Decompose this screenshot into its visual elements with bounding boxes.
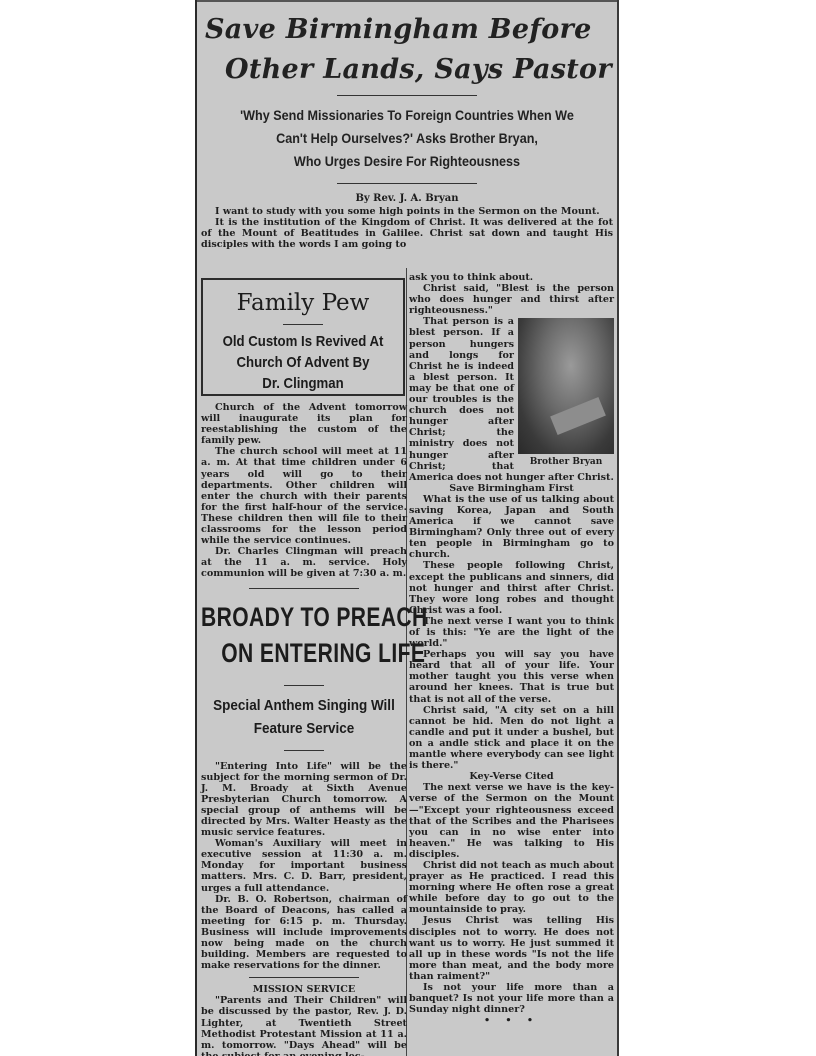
subhead-line: Special Anthem Singing Will <box>211 694 396 717</box>
body-paragraph: The church school will meet at 11 a. m. … <box>201 446 407 546</box>
body-paragraph: Is not your life more than a banquet? Is… <box>409 982 614 1015</box>
body-paragraph: Jesus Christ was telling His disciples n… <box>409 915 614 982</box>
intro-paragraph: It is the institution of the Kingdom of … <box>201 217 613 250</box>
deck-line-1: 'Why Send Missionaries To Foreign Countr… <box>218 104 596 127</box>
box-divider <box>283 324 323 325</box>
section-divider <box>249 977 359 978</box>
end-mark: • • • <box>409 1015 614 1026</box>
newspaper-clipping: Save Birmingham Before Other Lands, Says… <box>195 0 619 1056</box>
subhead-save-birmingham: Save Birmingham First <box>409 483 614 494</box>
body-paragraph: Christ did not teach as much about praye… <box>409 860 614 915</box>
body-paragraph: Christ said, "A city set on a hill canno… <box>409 705 614 772</box>
body-paragraph: ask you to think about. <box>409 272 614 283</box>
broady-divider <box>284 685 324 686</box>
body-paragraph: Dr. Charles Clingman will preach at the … <box>201 546 407 579</box>
headline-divider <box>337 95 477 96</box>
body-paragraph: These people following Christ, except th… <box>409 560 614 615</box>
subhead-key-verse: Key-Verse Cited <box>409 771 614 782</box>
section-divider <box>249 588 359 589</box>
deck-divider <box>337 183 477 184</box>
body-paragraph: Woman's Auxiliary will meet in executive… <box>201 838 407 893</box>
deck-line-3: Who Urges Desire For Righteousness <box>218 150 596 173</box>
broady-subhead: Special Anthem Singing Will Feature Serv… <box>211 694 396 740</box>
deck-headline: 'Why Send Missionaries To Foreign Countr… <box>218 104 596 173</box>
body-paragraph: "Parents and Their Children" will be dis… <box>201 995 407 1056</box>
portrait: Brother Bryan <box>518 318 614 468</box>
main-headline: Save Birmingham Before Other Lands, Says… <box>197 10 617 90</box>
right-column: ask you to think about. Christ said, "Bl… <box>409 272 614 1026</box>
subhead-line: Feature Service <box>211 717 396 740</box>
body-paragraph: Church of the Advent tomorrow will inaug… <box>201 402 407 446</box>
headline-line-2: Other Lands, Says Pastor <box>197 50 617 90</box>
body-paragraph: The next verse I want you to think of is… <box>409 616 614 649</box>
byline: By Rev. J. A. Bryan <box>197 193 617 204</box>
family-pew-subhead: Old Custom Is Revived At Church Of Adven… <box>215 331 391 394</box>
portrait-photo <box>518 318 614 454</box>
family-pew-box: Family Pew Old Custom Is Revived At Chur… <box>201 278 405 396</box>
intro-paragraph: I want to study with you some high point… <box>201 206 613 217</box>
broady-body: "Entering Into Life" will be the subject… <box>201 761 407 972</box>
body-paragraph: Perhaps you will say you have heard that… <box>409 649 614 704</box>
body-paragraph: What is the use of us talking about savi… <box>409 494 614 561</box>
top-rule <box>197 0 617 2</box>
subhead-line: Old Custom Is Revived At <box>215 331 391 352</box>
mission-section: MISSION SERVICE "Parents and Their Child… <box>201 984 407 1056</box>
broady-divider-2 <box>284 750 324 751</box>
headline-line-1: Save Birmingham Before <box>197 10 617 50</box>
left-column: Family Pew Old Custom Is Revived At Chur… <box>201 278 407 1056</box>
article-intro: I want to study with you some high point… <box>201 206 613 250</box>
body-paragraph: Dr. B. O. Robertson, chairman of the Boa… <box>201 894 407 972</box>
mission-heading: MISSION SERVICE <box>201 984 407 995</box>
broady-headline: BROADY TO PREACH ON ENTERING LIFE <box>201 599 362 671</box>
headline-line: BROADY TO PREACH <box>201 599 362 635</box>
body-paragraph: Christ said, "Blest is the person who do… <box>409 283 614 316</box>
family-pew-title: Family Pew <box>203 290 403 316</box>
subhead-line: Dr. Clingman <box>215 373 391 394</box>
family-pew-body: Church of the Advent tomorrow will inaug… <box>201 402 407 580</box>
deck-line-2: Can't Help Ourselves?' Asks Brother Brya… <box>218 127 596 150</box>
headline-line: ON ENTERING LIFE <box>201 635 362 671</box>
photo-caption: Brother Bryan <box>518 457 614 468</box>
body-paragraph: "Entering Into Life" will be the subject… <box>201 761 407 839</box>
subhead-line: Church Of Advent By <box>215 352 391 373</box>
body-paragraph: The next verse we have is the key-verse … <box>409 782 614 860</box>
